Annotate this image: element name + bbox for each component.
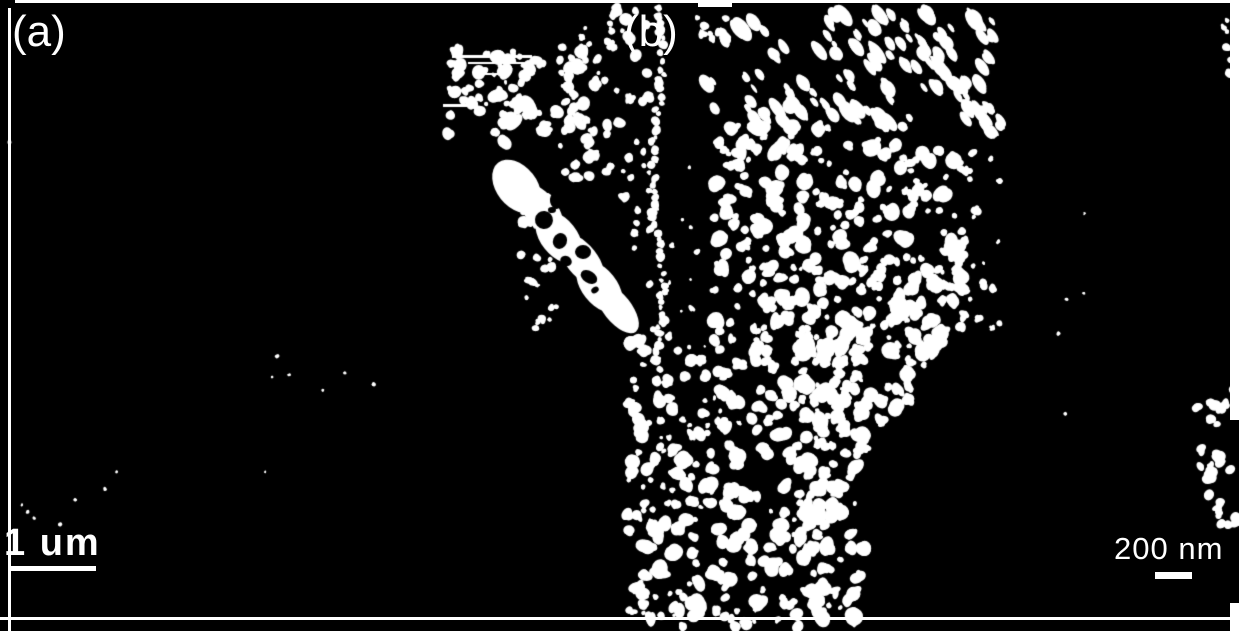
- panel-b-scalebar: 200 nm: [1114, 533, 1223, 564]
- panel-b-label: (b): [624, 10, 678, 54]
- panel-b-scalebar-line: [1155, 572, 1192, 579]
- panel-b: (b) 200 nm: [620, 0, 1239, 631]
- micrograph-figure: (a) 1 um (b) 200 nm: [0, 0, 1239, 631]
- panel-a-scalebar-line: [10, 566, 96, 571]
- panel-a-label: (a): [12, 10, 66, 54]
- panel-a-scalebar: 1 um: [4, 524, 101, 562]
- panel-a: (a) 1 um: [0, 0, 620, 631]
- panel-a-scalebar-label: 1 um: [4, 522, 101, 564]
- panel-b-scalebar-label: 200 nm: [1114, 531, 1223, 566]
